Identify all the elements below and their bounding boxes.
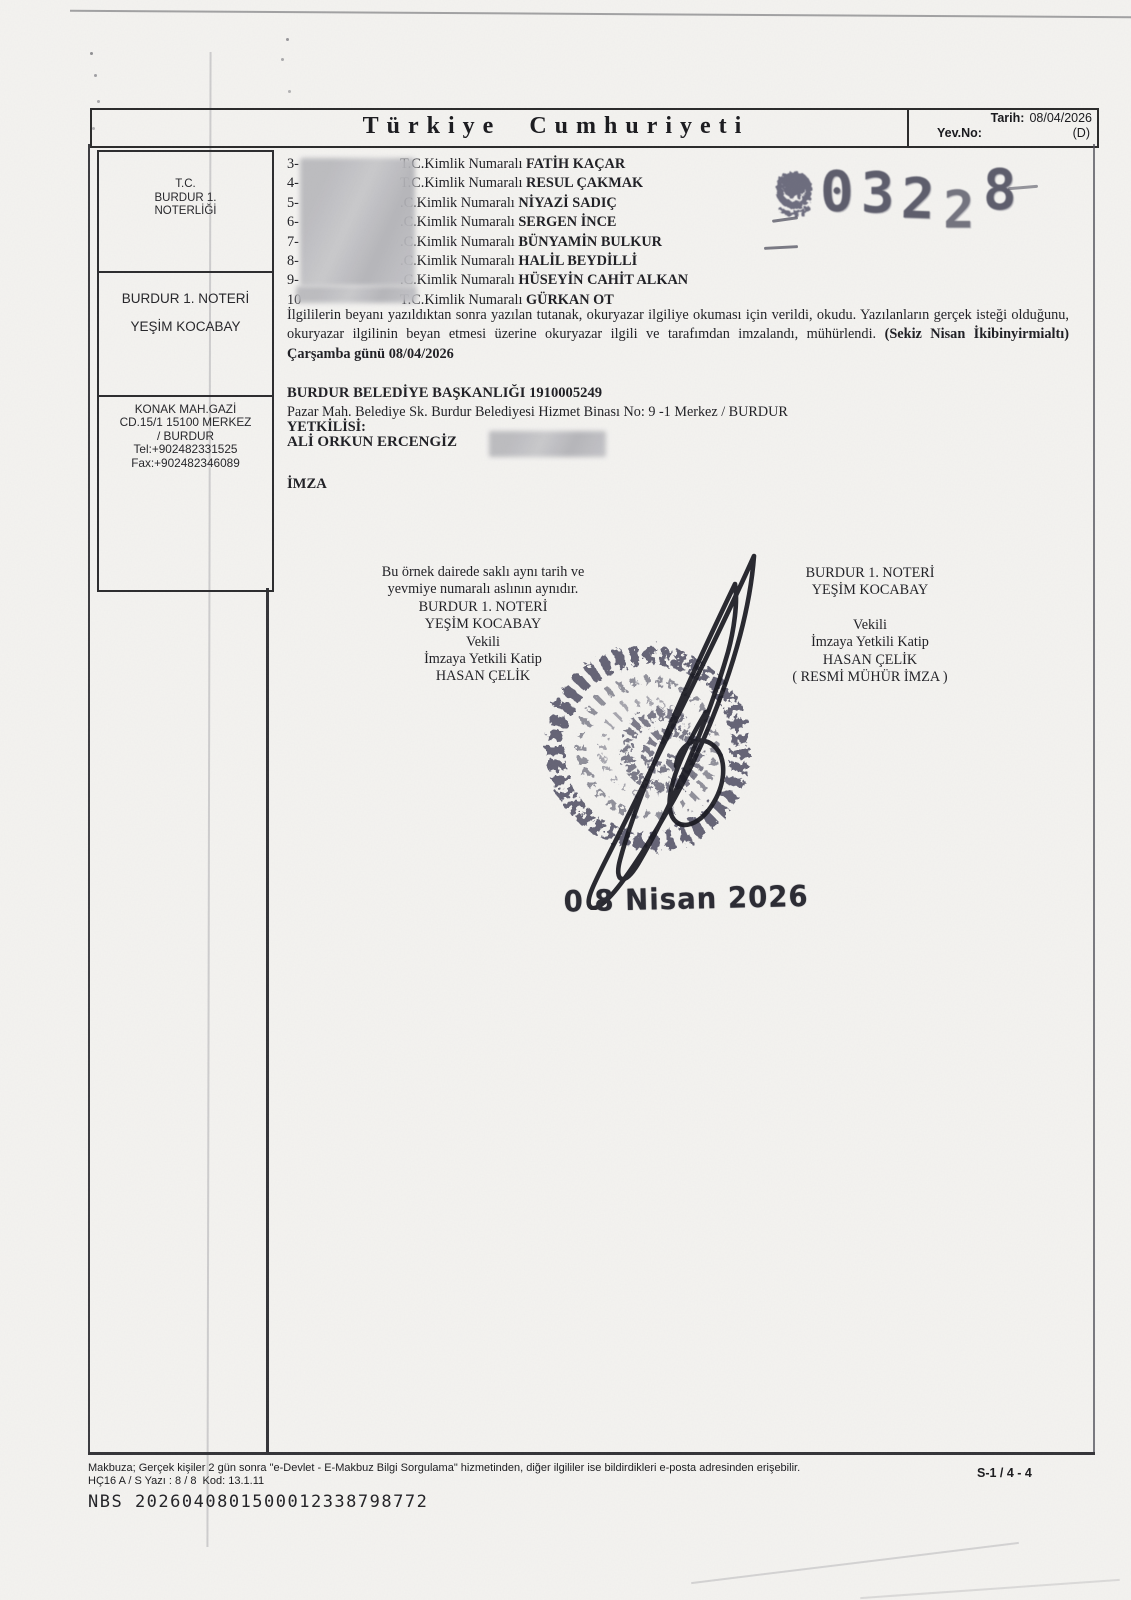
yevno-row: Yev.No: (D)	[909, 126, 1097, 141]
yevno-value: (D)	[1073, 126, 1090, 141]
notary-name-line: BURDUR 1. NOTERİ	[99, 285, 272, 313]
notary-office-box: T.C.BURDUR 1.NOTERLİĞİ	[97, 150, 274, 273]
scan-edge-line	[70, 10, 1131, 19]
spacer	[756, 600, 984, 617]
official-name: ALİ ORKUN ERCENGİZ	[287, 434, 457, 451]
notary-address-line: / BURDUR	[99, 430, 272, 443]
stamp-digit: 8	[983, 158, 1017, 223]
party-name: FATİH KAÇAR	[526, 156, 625, 172]
party-name: RESUL ÇAKMAK	[526, 175, 643, 191]
notary-office-line: BURDUR 1.	[99, 192, 272, 206]
frame-bottom-line	[88, 1452, 1095, 1455]
attestation-right-top: BURDUR 1. NOTERİYEŞİM KOCABAY	[756, 565, 984, 600]
notary-address-line: Fax:+902482346089	[99, 457, 272, 470]
date-journal-box: Tarih: 08/04/2026 Yev.No: (D)	[907, 110, 1097, 146]
party-id-label: .C.Kimlik Numaralı	[400, 253, 518, 269]
redaction-blur	[300, 158, 415, 286]
party-name: HALİL BEYDİLLİ	[518, 253, 637, 269]
municipality-title: BURDUR BELEDİYE BAŞKANLIĞI 1910005249	[287, 385, 602, 402]
scan-streak	[691, 1542, 1019, 1584]
attestation-line: Vekili	[756, 617, 984, 634]
attestation-line: HASAN ÇELİK	[756, 652, 984, 669]
stamp-digit: 3	[861, 161, 895, 226]
notary-address-line: Tel:+902482331525	[99, 443, 272, 456]
notary-name-line: YEŞİM KOCABAY	[99, 313, 272, 341]
notary-office-line: NOTERLİĞİ	[99, 205, 272, 219]
date-stamp: 0 8 Nisan 2026	[563, 880, 809, 919]
notary-name-box: BURDUR 1. NOTERİYEŞİM KOCABAY	[97, 271, 274, 397]
party-name: SERGEN İNCE	[518, 214, 616, 230]
stamp-serial-number: 03228	[770, 158, 1024, 226]
yevno-label: Yev.No:	[937, 126, 982, 141]
notary-statement: İlgililerin beyanı yazıldıktan sonra yaz…	[287, 306, 1069, 364]
footer-nbs-number: NBS 2026040801500012338798772	[88, 1492, 428, 1512]
party-id-label: T.C.Kimlik Numaralı	[400, 156, 526, 172]
party-id-label: T.C.Kimlik Numaralı	[400, 175, 526, 191]
redaction-blur	[296, 286, 417, 303]
attestation-block-right: BURDUR 1. NOTERİYEŞİM KOCABAY Vekiliİmza…	[756, 565, 984, 686]
notary-office-line: T.C.	[99, 178, 272, 192]
attestation-right-bottom: Vekiliİmzaya Yetkili KatipHASAN ÇELİK( R…	[756, 617, 984, 687]
party-id-label: .C.Kimlik Numaralı	[400, 195, 518, 211]
attestation-line: YEŞİM KOCABAY	[756, 582, 984, 599]
scan-speckles	[90, 52, 93, 55]
stamp-digit: 2	[900, 166, 936, 232]
stamp-digits: 03228	[820, 158, 1024, 223]
notary-address-box: KONAK MAH.GAZİCD.15/1 15100 MERKEZ/ BURD…	[97, 395, 274, 592]
imza-label: İMZA	[287, 476, 327, 493]
handwritten-signature	[538, 540, 783, 910]
attestation-line: İmzaya Yetkili Katip	[756, 634, 984, 651]
footer-code-line: HÇ16 A / S Yazı : 8 / 8 Kod: 13.1.11	[88, 1475, 264, 1487]
document-header: Türkiye Cumhuriyeti Tarih: 08/04/2026 Ye…	[90, 108, 1099, 148]
page-title: Türkiye Cumhuriyeti	[92, 113, 902, 140]
party-id-label: .C.Kimlik Numaralı	[400, 234, 518, 250]
party-id-label: .C.Kimlik Numaralı	[400, 214, 518, 230]
stamp-digit: 0	[819, 160, 854, 226]
frame-left-line	[88, 144, 90, 1454]
notary-address-line: CD.15/1 15100 MERKEZ	[99, 416, 272, 429]
tarih-row: Tarih: 08/04/2026	[909, 110, 1097, 126]
stamp-digit: 2	[943, 180, 974, 240]
footer-page-ref: S-1 / 4 - 4	[977, 1466, 1032, 1480]
footer-note: Makbuza; Gerçek kişiler 2 gün sonra "e-D…	[88, 1462, 888, 1475]
attestation-line: BURDUR 1. NOTERİ	[756, 565, 984, 582]
tarih-label: Tarih:	[991, 111, 1025, 126]
stamp-dash-mark	[764, 245, 798, 250]
scanned-notary-document: Türkiye Cumhuriyeti Tarih: 08/04/2026 Ye…	[0, 0, 1131, 1600]
frame-right-line	[1093, 144, 1095, 1454]
frame-column-divider	[266, 588, 269, 1454]
party-name: HÜSEYİN CAHİT ALKAN	[518, 272, 688, 288]
party-name: NİYAZİ SADIÇ	[518, 195, 616, 211]
party-id-label: .C.Kimlik Numaralı	[400, 272, 518, 288]
notary-address-line: KONAK MAH.GAZİ	[99, 403, 272, 416]
scan-streak	[860, 1579, 1120, 1599]
attestation-line: ( RESMİ MÜHÜR İMZA )	[756, 669, 984, 686]
party-name: BÜNYAMİN BULKUR	[518, 234, 662, 250]
redaction-blur	[489, 431, 606, 457]
tarih-value: 08/04/2026	[1029, 111, 1092, 126]
